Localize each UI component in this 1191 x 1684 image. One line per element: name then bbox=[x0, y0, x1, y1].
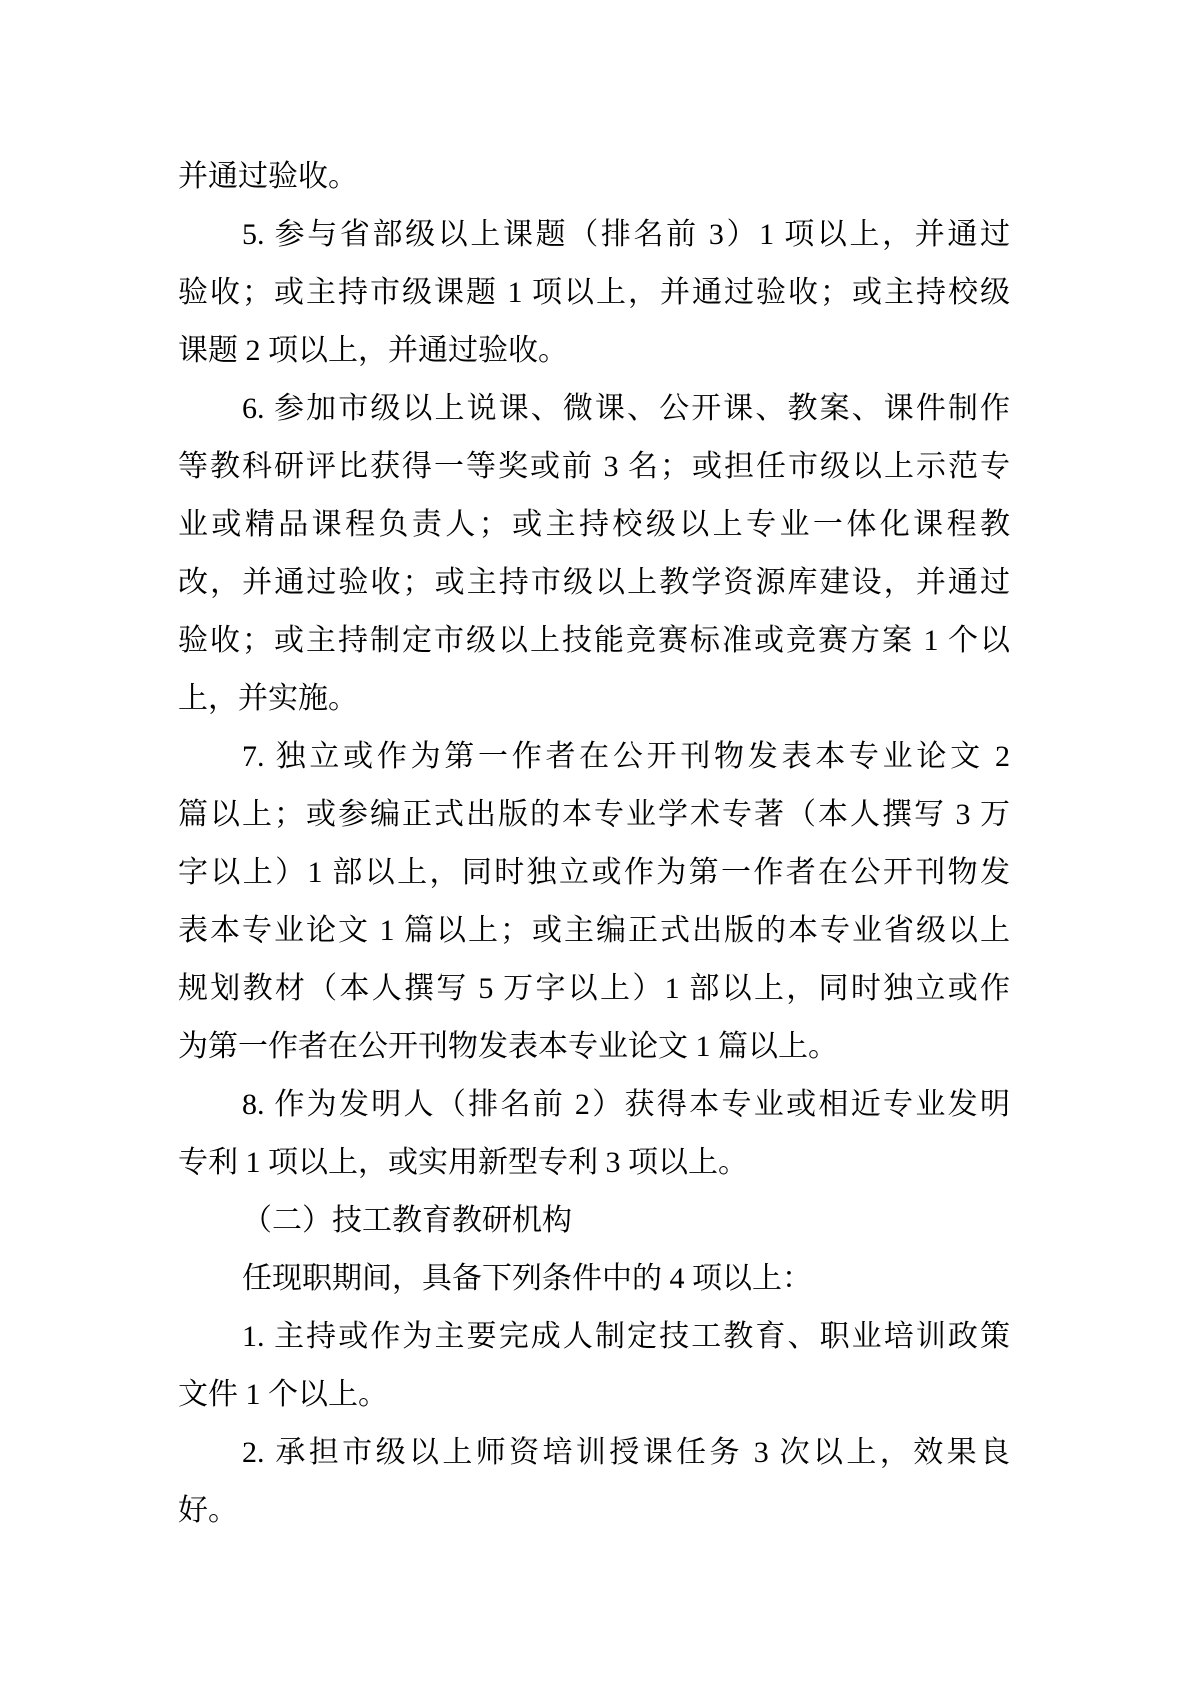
doc-line: 并通过验收。 bbox=[178, 148, 1010, 206]
doc-line: 验收；或主持制定市级以上技能竞赛标准或竞赛方案 1 个以 bbox=[178, 612, 1010, 670]
doc-line: 规划教材（本人撰写 5 万字以上）1 部以上，同时独立或作 bbox=[178, 960, 1010, 1018]
doc-line-item-2: 2. 承担市级以上师资培训授课任务 3 次以上，效果良 bbox=[178, 1424, 1010, 1482]
doc-line: 业或精品课程负责人；或主持校级以上专业一体化课程教 bbox=[178, 496, 1010, 554]
doc-line-item-8: 8. 作为发明人（排名前 2）获得本专业或相近专业发明 bbox=[178, 1076, 1010, 1134]
doc-line: 专利 1 项以上，或实用新型专利 3 项以上。 bbox=[178, 1134, 1010, 1192]
doc-line: 篇以上；或参编正式出版的本专业学术专著（本人撰写 3 万 bbox=[178, 786, 1010, 844]
doc-line: 文件 1 个以上。 bbox=[178, 1366, 1010, 1424]
document-page: 并通过验收。 5. 参与省部级以上课题（排名前 3）1 项以上，并通过 验收；或… bbox=[0, 0, 1191, 1684]
doc-line-item-1: 1. 主持或作为主要完成人制定技工教育、职业培训政策 bbox=[178, 1308, 1010, 1366]
doc-line: 表本专业论文 1 篇以上；或主编正式出版的本专业省级以上 bbox=[178, 902, 1010, 960]
doc-line: 等教科研评比获得一等奖或前 3 名；或担任市级以上示范专 bbox=[178, 438, 1010, 496]
doc-line-item-6: 6. 参加市级以上说课、微课、公开课、教案、课件制作 bbox=[178, 380, 1010, 438]
doc-line: 课题 2 项以上，并通过验收。 bbox=[178, 322, 1010, 380]
doc-line: 改，并通过验收；或主持市级以上教学资源库建设，并通过 bbox=[178, 554, 1010, 612]
doc-line: 验收；或主持市级课题 1 项以上，并通过验收；或主持校级 bbox=[178, 264, 1010, 322]
doc-line: 任现职期间，具备下列条件中的 4 项以上： bbox=[178, 1250, 1010, 1308]
doc-line: 为第一作者在公开刊物发表本专业论文 1 篇以上。 bbox=[178, 1018, 1010, 1076]
text-block: 并通过验收。 5. 参与省部级以上课题（排名前 3）1 项以上，并通过 验收；或… bbox=[178, 148, 1010, 1540]
doc-line-item-5: 5. 参与省部级以上课题（排名前 3）1 项以上，并通过 bbox=[178, 206, 1010, 264]
doc-line: 字以上）1 部以上，同时独立或作为第一作者在公开刊物发 bbox=[178, 844, 1010, 902]
section-heading-2: （二）技工教育教研机构 bbox=[178, 1192, 1010, 1250]
doc-line: 好。 bbox=[178, 1482, 1010, 1540]
doc-line: 上，并实施。 bbox=[178, 670, 1010, 728]
doc-line-item-7: 7. 独立或作为第一作者在公开刊物发表本专业论文 2 bbox=[178, 728, 1010, 786]
